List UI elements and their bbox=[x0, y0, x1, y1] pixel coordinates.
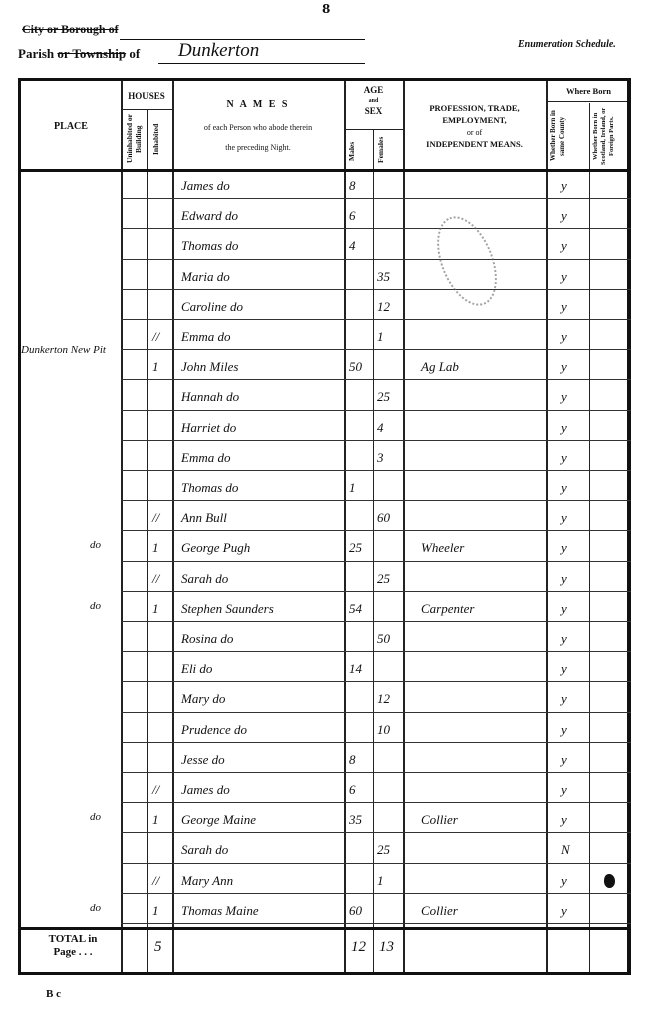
row-rule bbox=[121, 893, 172, 894]
row-rule bbox=[121, 530, 172, 531]
row-rule bbox=[403, 591, 546, 592]
column-header-profession-2: EMPLOYMENT, bbox=[403, 115, 546, 125]
cell-name: George Pugh bbox=[181, 540, 250, 556]
row-rule bbox=[121, 500, 172, 501]
row-rule bbox=[546, 712, 589, 713]
row-rule bbox=[546, 802, 589, 803]
row-rule bbox=[546, 651, 589, 652]
row-rule bbox=[121, 772, 172, 773]
row-rule bbox=[403, 440, 546, 441]
row-rule bbox=[589, 742, 631, 743]
column-header-born-county: Whether Born in same County bbox=[549, 105, 587, 167]
cell-name: Thomas do bbox=[181, 480, 238, 496]
row-rule bbox=[403, 651, 546, 652]
row-rule bbox=[403, 319, 546, 320]
row-rule bbox=[546, 621, 589, 622]
cell-female: 10 bbox=[377, 722, 390, 738]
row-rule bbox=[121, 681, 172, 682]
parish-label: Parish or Township of bbox=[18, 46, 140, 62]
row-rule bbox=[546, 198, 589, 199]
cell-county: y bbox=[561, 571, 567, 587]
cell-female: 35 bbox=[377, 269, 390, 285]
row-rule bbox=[344, 289, 373, 290]
cell-name: Rosina do bbox=[181, 631, 233, 647]
row-rule bbox=[403, 379, 546, 380]
parish-struck-text: or Township bbox=[57, 46, 126, 61]
cell-occupation: Collier bbox=[421, 903, 458, 919]
row-rule bbox=[121, 198, 172, 199]
cell-place: do bbox=[21, 601, 121, 612]
row-rule bbox=[344, 772, 373, 773]
cell-name: George Maine bbox=[181, 812, 256, 828]
cell-county: y bbox=[561, 359, 567, 375]
row-rule bbox=[546, 470, 589, 471]
row-rule bbox=[121, 379, 172, 380]
row-rule bbox=[589, 561, 631, 562]
row-rule bbox=[344, 440, 373, 441]
cell-name: Thomas Maine bbox=[181, 903, 259, 919]
row-rule bbox=[589, 621, 631, 622]
row-rule bbox=[373, 742, 403, 743]
row-rule bbox=[546, 591, 589, 592]
cell-occupation: Carpenter bbox=[421, 601, 474, 617]
column-header-names-sub2: the preceding Night. bbox=[172, 143, 344, 152]
row-rule bbox=[403, 349, 546, 350]
cell-name: Caroline do bbox=[181, 299, 243, 315]
cell-female: 50 bbox=[377, 631, 390, 647]
row-rule bbox=[403, 621, 546, 622]
row-rule bbox=[546, 530, 589, 531]
row-rule bbox=[344, 319, 373, 320]
cell-inhabited: // bbox=[152, 873, 159, 889]
row-rule bbox=[373, 349, 403, 350]
row-rule bbox=[373, 259, 403, 260]
column-header-names: N A M E S bbox=[172, 99, 344, 110]
cell-inhabited: // bbox=[152, 510, 159, 526]
cell-male: 4 bbox=[349, 238, 356, 254]
cell-name: James do bbox=[181, 178, 230, 194]
parish-value: Dunkerton bbox=[178, 40, 259, 62]
parish-field bbox=[158, 62, 365, 64]
row-rule bbox=[373, 863, 403, 864]
row-rule bbox=[172, 410, 344, 411]
cell-male: 8 bbox=[349, 178, 356, 194]
row-rule bbox=[373, 410, 403, 411]
row-rule bbox=[403, 198, 546, 199]
row-rule bbox=[373, 530, 403, 531]
total-inhabited: 5 bbox=[154, 939, 162, 956]
cell-county: y bbox=[561, 691, 567, 707]
row-rule bbox=[589, 198, 631, 199]
cell-female: 25 bbox=[377, 571, 390, 587]
row-rule bbox=[403, 742, 546, 743]
row-rule bbox=[172, 500, 344, 501]
row-rule bbox=[121, 712, 172, 713]
row-rule bbox=[172, 832, 344, 833]
row-rule bbox=[589, 530, 631, 531]
ink-blot-icon bbox=[604, 874, 615, 888]
row-rule bbox=[546, 500, 589, 501]
row-rule bbox=[403, 893, 546, 894]
cell-female: 60 bbox=[377, 510, 390, 526]
row-rule bbox=[344, 259, 373, 260]
row-rule bbox=[373, 591, 403, 592]
row-rule bbox=[344, 621, 373, 622]
parish-suffix: of bbox=[129, 46, 140, 61]
cell-inhabited: // bbox=[152, 571, 159, 587]
cell-male: 8 bbox=[349, 752, 356, 768]
row-rule bbox=[344, 681, 373, 682]
row-rule bbox=[172, 561, 344, 562]
row-rule bbox=[121, 651, 172, 652]
row-rule bbox=[546, 259, 589, 260]
cell-name: Hannah do bbox=[181, 389, 239, 405]
row-rule bbox=[373, 712, 403, 713]
row-rule bbox=[172, 198, 344, 199]
row-rule bbox=[403, 772, 546, 773]
column-header-inhabited: Inhabited bbox=[151, 113, 171, 165]
row-rule bbox=[589, 319, 631, 320]
row-rule bbox=[589, 591, 631, 592]
cell-county: y bbox=[561, 661, 567, 677]
cell-name: Emma do bbox=[181, 329, 230, 345]
cell-inhabited: 1 bbox=[152, 540, 159, 556]
row-rule bbox=[589, 379, 631, 380]
cell-male: 6 bbox=[349, 208, 356, 224]
cell-inhabited: 1 bbox=[152, 601, 159, 617]
row-rule bbox=[373, 893, 403, 894]
row-rule bbox=[546, 561, 589, 562]
row-rule bbox=[344, 742, 373, 743]
schedule-title: Enumeration Schedule. bbox=[518, 39, 616, 50]
row-rule bbox=[589, 863, 631, 864]
row-rule bbox=[121, 259, 172, 260]
row-rule bbox=[373, 500, 403, 501]
row-rule bbox=[344, 228, 373, 229]
row-rule bbox=[121, 591, 172, 592]
row-rule bbox=[172, 863, 344, 864]
cell-name: Harriet do bbox=[181, 420, 236, 436]
total-label-line1: TOTAL in bbox=[33, 933, 113, 946]
column-header-born-foreign: Whether Born in Scotland, Ireland, or Fo… bbox=[592, 105, 630, 167]
row-rule bbox=[546, 289, 589, 290]
row-rule bbox=[373, 319, 403, 320]
row-rule bbox=[589, 832, 631, 833]
cell-county: y bbox=[561, 631, 567, 647]
cell-male: 1 bbox=[349, 480, 356, 496]
cell-name: Prudence do bbox=[181, 722, 247, 738]
row-rule bbox=[172, 470, 344, 471]
row-rule bbox=[373, 379, 403, 380]
row-rule bbox=[373, 681, 403, 682]
row-rule bbox=[172, 349, 344, 350]
column-header-profession-3: or of bbox=[403, 128, 546, 137]
row-rule bbox=[344, 832, 373, 833]
column-header-females: Females bbox=[376, 133, 400, 167]
row-rule bbox=[172, 591, 344, 592]
cell-county: y bbox=[561, 782, 567, 798]
row-rule bbox=[344, 591, 373, 592]
cell-place: Dunkerton New Pit bbox=[21, 345, 121, 356]
row-rule bbox=[373, 228, 403, 229]
cell-inhabited: 1 bbox=[152, 359, 159, 375]
row-rule bbox=[373, 470, 403, 471]
row-rule bbox=[344, 379, 373, 380]
cell-name: Jesse do bbox=[181, 752, 225, 768]
row-rule bbox=[121, 289, 172, 290]
cell-male: 50 bbox=[349, 359, 362, 375]
row-rule bbox=[546, 410, 589, 411]
cell-name: Maria do bbox=[181, 269, 230, 285]
column-header-houses: HOUSES bbox=[121, 91, 172, 101]
row-rule bbox=[172, 651, 344, 652]
cell-name: John Miles bbox=[181, 359, 238, 375]
cell-county: y bbox=[561, 329, 567, 345]
cell-name: Edward do bbox=[181, 208, 238, 224]
row-rule bbox=[589, 893, 631, 894]
total-females: 13 bbox=[379, 939, 394, 956]
row-rule bbox=[403, 530, 546, 531]
row-rule bbox=[172, 712, 344, 713]
row-rule bbox=[121, 923, 172, 924]
column-header-profession-1: PROFESSION, TRADE, bbox=[403, 103, 546, 113]
row-rule bbox=[403, 561, 546, 562]
row-rule bbox=[344, 410, 373, 411]
cell-county: y bbox=[561, 752, 567, 768]
column-header-age: AGE bbox=[344, 85, 403, 95]
cell-county: y bbox=[561, 510, 567, 526]
row-rule bbox=[344, 651, 373, 652]
row-rule bbox=[172, 923, 344, 924]
row-rule bbox=[403, 923, 546, 924]
row-rule bbox=[589, 228, 631, 229]
cell-inhabited: // bbox=[152, 782, 159, 798]
column-header-names-sub1: of each Person who abode therein bbox=[172, 123, 344, 132]
row-rule bbox=[589, 259, 631, 260]
cell-county: y bbox=[561, 299, 567, 315]
column-header-where-born: Where Born bbox=[546, 86, 631, 96]
row-rule bbox=[121, 802, 172, 803]
row-rule bbox=[172, 742, 344, 743]
cell-name: James do bbox=[181, 782, 230, 798]
cell-inhabited: 1 bbox=[152, 903, 159, 919]
row-rule bbox=[172, 440, 344, 441]
census-table: PLACE HOUSES Uninhabited or Building Inh… bbox=[18, 78, 631, 975]
cell-county: y bbox=[561, 601, 567, 617]
row-rule bbox=[589, 440, 631, 441]
parish-prefix: Parish bbox=[18, 46, 54, 61]
cell-county: y bbox=[561, 873, 567, 889]
row-rule bbox=[589, 681, 631, 682]
row-rule bbox=[403, 681, 546, 682]
cell-county: y bbox=[561, 480, 567, 496]
cell-female: 12 bbox=[377, 691, 390, 707]
row-rule bbox=[373, 923, 403, 924]
column-header-profession-4: INDEPENDENT MEANS. bbox=[403, 139, 546, 149]
row-rule bbox=[373, 772, 403, 773]
cell-county: y bbox=[561, 420, 567, 436]
row-rule bbox=[121, 832, 172, 833]
cell-place: do bbox=[21, 812, 121, 823]
cell-female: 12 bbox=[377, 299, 390, 315]
row-rule bbox=[344, 712, 373, 713]
row-rule bbox=[172, 681, 344, 682]
row-rule bbox=[172, 228, 344, 229]
cell-name: Eli do bbox=[181, 661, 212, 677]
row-rule bbox=[344, 530, 373, 531]
row-rule bbox=[546, 863, 589, 864]
column-header-and: and bbox=[344, 98, 403, 104]
row-rule bbox=[373, 198, 403, 199]
cell-place: do bbox=[21, 903, 121, 914]
row-rule bbox=[172, 259, 344, 260]
cell-place: do bbox=[21, 540, 121, 551]
cell-name: Sarah do bbox=[181, 842, 228, 858]
row-rule bbox=[589, 349, 631, 350]
cell-name: Thomas do bbox=[181, 238, 238, 254]
cell-female: 3 bbox=[377, 450, 384, 466]
cell-male: 35 bbox=[349, 812, 362, 828]
row-rule bbox=[373, 440, 403, 441]
column-header-males: Males bbox=[347, 135, 371, 167]
cell-female: 1 bbox=[377, 873, 384, 889]
total-label: TOTAL in Page . . . bbox=[33, 933, 113, 959]
row-rule bbox=[589, 802, 631, 803]
cell-male: 25 bbox=[349, 540, 362, 556]
row-rule bbox=[172, 893, 344, 894]
row-rule bbox=[589, 651, 631, 652]
row-rule bbox=[546, 228, 589, 229]
row-rule bbox=[172, 379, 344, 380]
city-borough-text: City or Borough of bbox=[22, 22, 119, 36]
cell-county: y bbox=[561, 722, 567, 738]
row-rule bbox=[121, 410, 172, 411]
cell-male: 6 bbox=[349, 782, 356, 798]
row-rule bbox=[344, 893, 373, 894]
row-rule bbox=[546, 893, 589, 894]
row-rule bbox=[546, 681, 589, 682]
row-rule bbox=[589, 923, 631, 924]
row-rule bbox=[373, 802, 403, 803]
cell-county: y bbox=[561, 178, 567, 194]
row-rule bbox=[373, 621, 403, 622]
row-rule bbox=[172, 772, 344, 773]
row-rule bbox=[403, 500, 546, 501]
total-label-line2: Page . . . bbox=[33, 946, 113, 959]
row-rule bbox=[546, 379, 589, 380]
row-rule bbox=[172, 289, 344, 290]
row-rule bbox=[589, 772, 631, 773]
row-rule bbox=[546, 440, 589, 441]
cell-county: N bbox=[561, 842, 570, 858]
row-rule bbox=[589, 500, 631, 501]
cell-name: Mary do bbox=[181, 691, 225, 707]
cell-name: Ann Bull bbox=[181, 510, 227, 526]
row-rule bbox=[121, 621, 172, 622]
cell-male: 14 bbox=[349, 661, 362, 677]
footer-mark: B c bbox=[46, 988, 61, 1000]
cell-county: y bbox=[561, 450, 567, 466]
row-rule bbox=[344, 349, 373, 350]
row-rule bbox=[172, 621, 344, 622]
cell-name: Emma do bbox=[181, 450, 230, 466]
cell-occupation: Wheeler bbox=[421, 540, 464, 556]
city-borough-label: City or Borough of bbox=[22, 22, 119, 37]
row-rule bbox=[344, 863, 373, 864]
cell-county: y bbox=[561, 238, 567, 254]
column-header-sex: SEX bbox=[344, 106, 403, 116]
row-rule bbox=[589, 470, 631, 471]
row-rule bbox=[121, 228, 172, 229]
cell-county: y bbox=[561, 540, 567, 556]
row-rule bbox=[344, 561, 373, 562]
cell-county: y bbox=[561, 903, 567, 919]
column-header-place: PLACE bbox=[21, 121, 121, 132]
row-rule bbox=[403, 470, 546, 471]
row-rule bbox=[121, 863, 172, 864]
page-number: 8 bbox=[322, 2, 330, 16]
cell-name: Sarah do bbox=[181, 571, 228, 587]
cell-female: 4 bbox=[377, 420, 384, 436]
cell-inhabited: // bbox=[152, 329, 159, 345]
row-rule bbox=[121, 319, 172, 320]
cell-female: 1 bbox=[377, 329, 384, 345]
row-rule bbox=[121, 561, 172, 562]
row-rule bbox=[344, 470, 373, 471]
row-rule bbox=[403, 802, 546, 803]
row-rule bbox=[344, 802, 373, 803]
row-rule bbox=[373, 561, 403, 562]
row-rule bbox=[403, 410, 546, 411]
cell-occupation: Collier bbox=[421, 812, 458, 828]
row-rule bbox=[172, 319, 344, 320]
row-rule bbox=[589, 712, 631, 713]
row-rule bbox=[546, 742, 589, 743]
row-rule bbox=[121, 440, 172, 441]
row-rule bbox=[373, 651, 403, 652]
row-rule bbox=[373, 289, 403, 290]
cell-inhabited: 1 bbox=[152, 812, 159, 828]
cell-county: y bbox=[561, 812, 567, 828]
cell-county: y bbox=[561, 389, 567, 405]
row-rule bbox=[403, 712, 546, 713]
row-rule bbox=[546, 832, 589, 833]
cell-female: 25 bbox=[377, 842, 390, 858]
row-rule bbox=[121, 742, 172, 743]
total-males: 12 bbox=[351, 939, 366, 956]
row-rule bbox=[373, 832, 403, 833]
row-rule bbox=[546, 923, 589, 924]
row-rule bbox=[546, 349, 589, 350]
cell-name: Stephen Saunders bbox=[181, 601, 274, 617]
row-rule bbox=[172, 802, 344, 803]
cell-male: 60 bbox=[349, 903, 362, 919]
row-rule bbox=[403, 863, 546, 864]
row-rule bbox=[403, 832, 546, 833]
row-rule bbox=[121, 470, 172, 471]
row-rule bbox=[344, 500, 373, 501]
row-rule bbox=[546, 319, 589, 320]
column-header-uninhabited: Uninhabited or Building bbox=[125, 113, 145, 165]
row-rule bbox=[344, 923, 373, 924]
row-rule bbox=[589, 289, 631, 290]
row-rule bbox=[344, 198, 373, 199]
row-rule bbox=[121, 349, 172, 350]
cell-occupation: Ag Lab bbox=[421, 359, 459, 375]
cell-name: Mary Ann bbox=[181, 873, 233, 889]
cell-county: y bbox=[561, 208, 567, 224]
cell-male: 54 bbox=[349, 601, 362, 617]
